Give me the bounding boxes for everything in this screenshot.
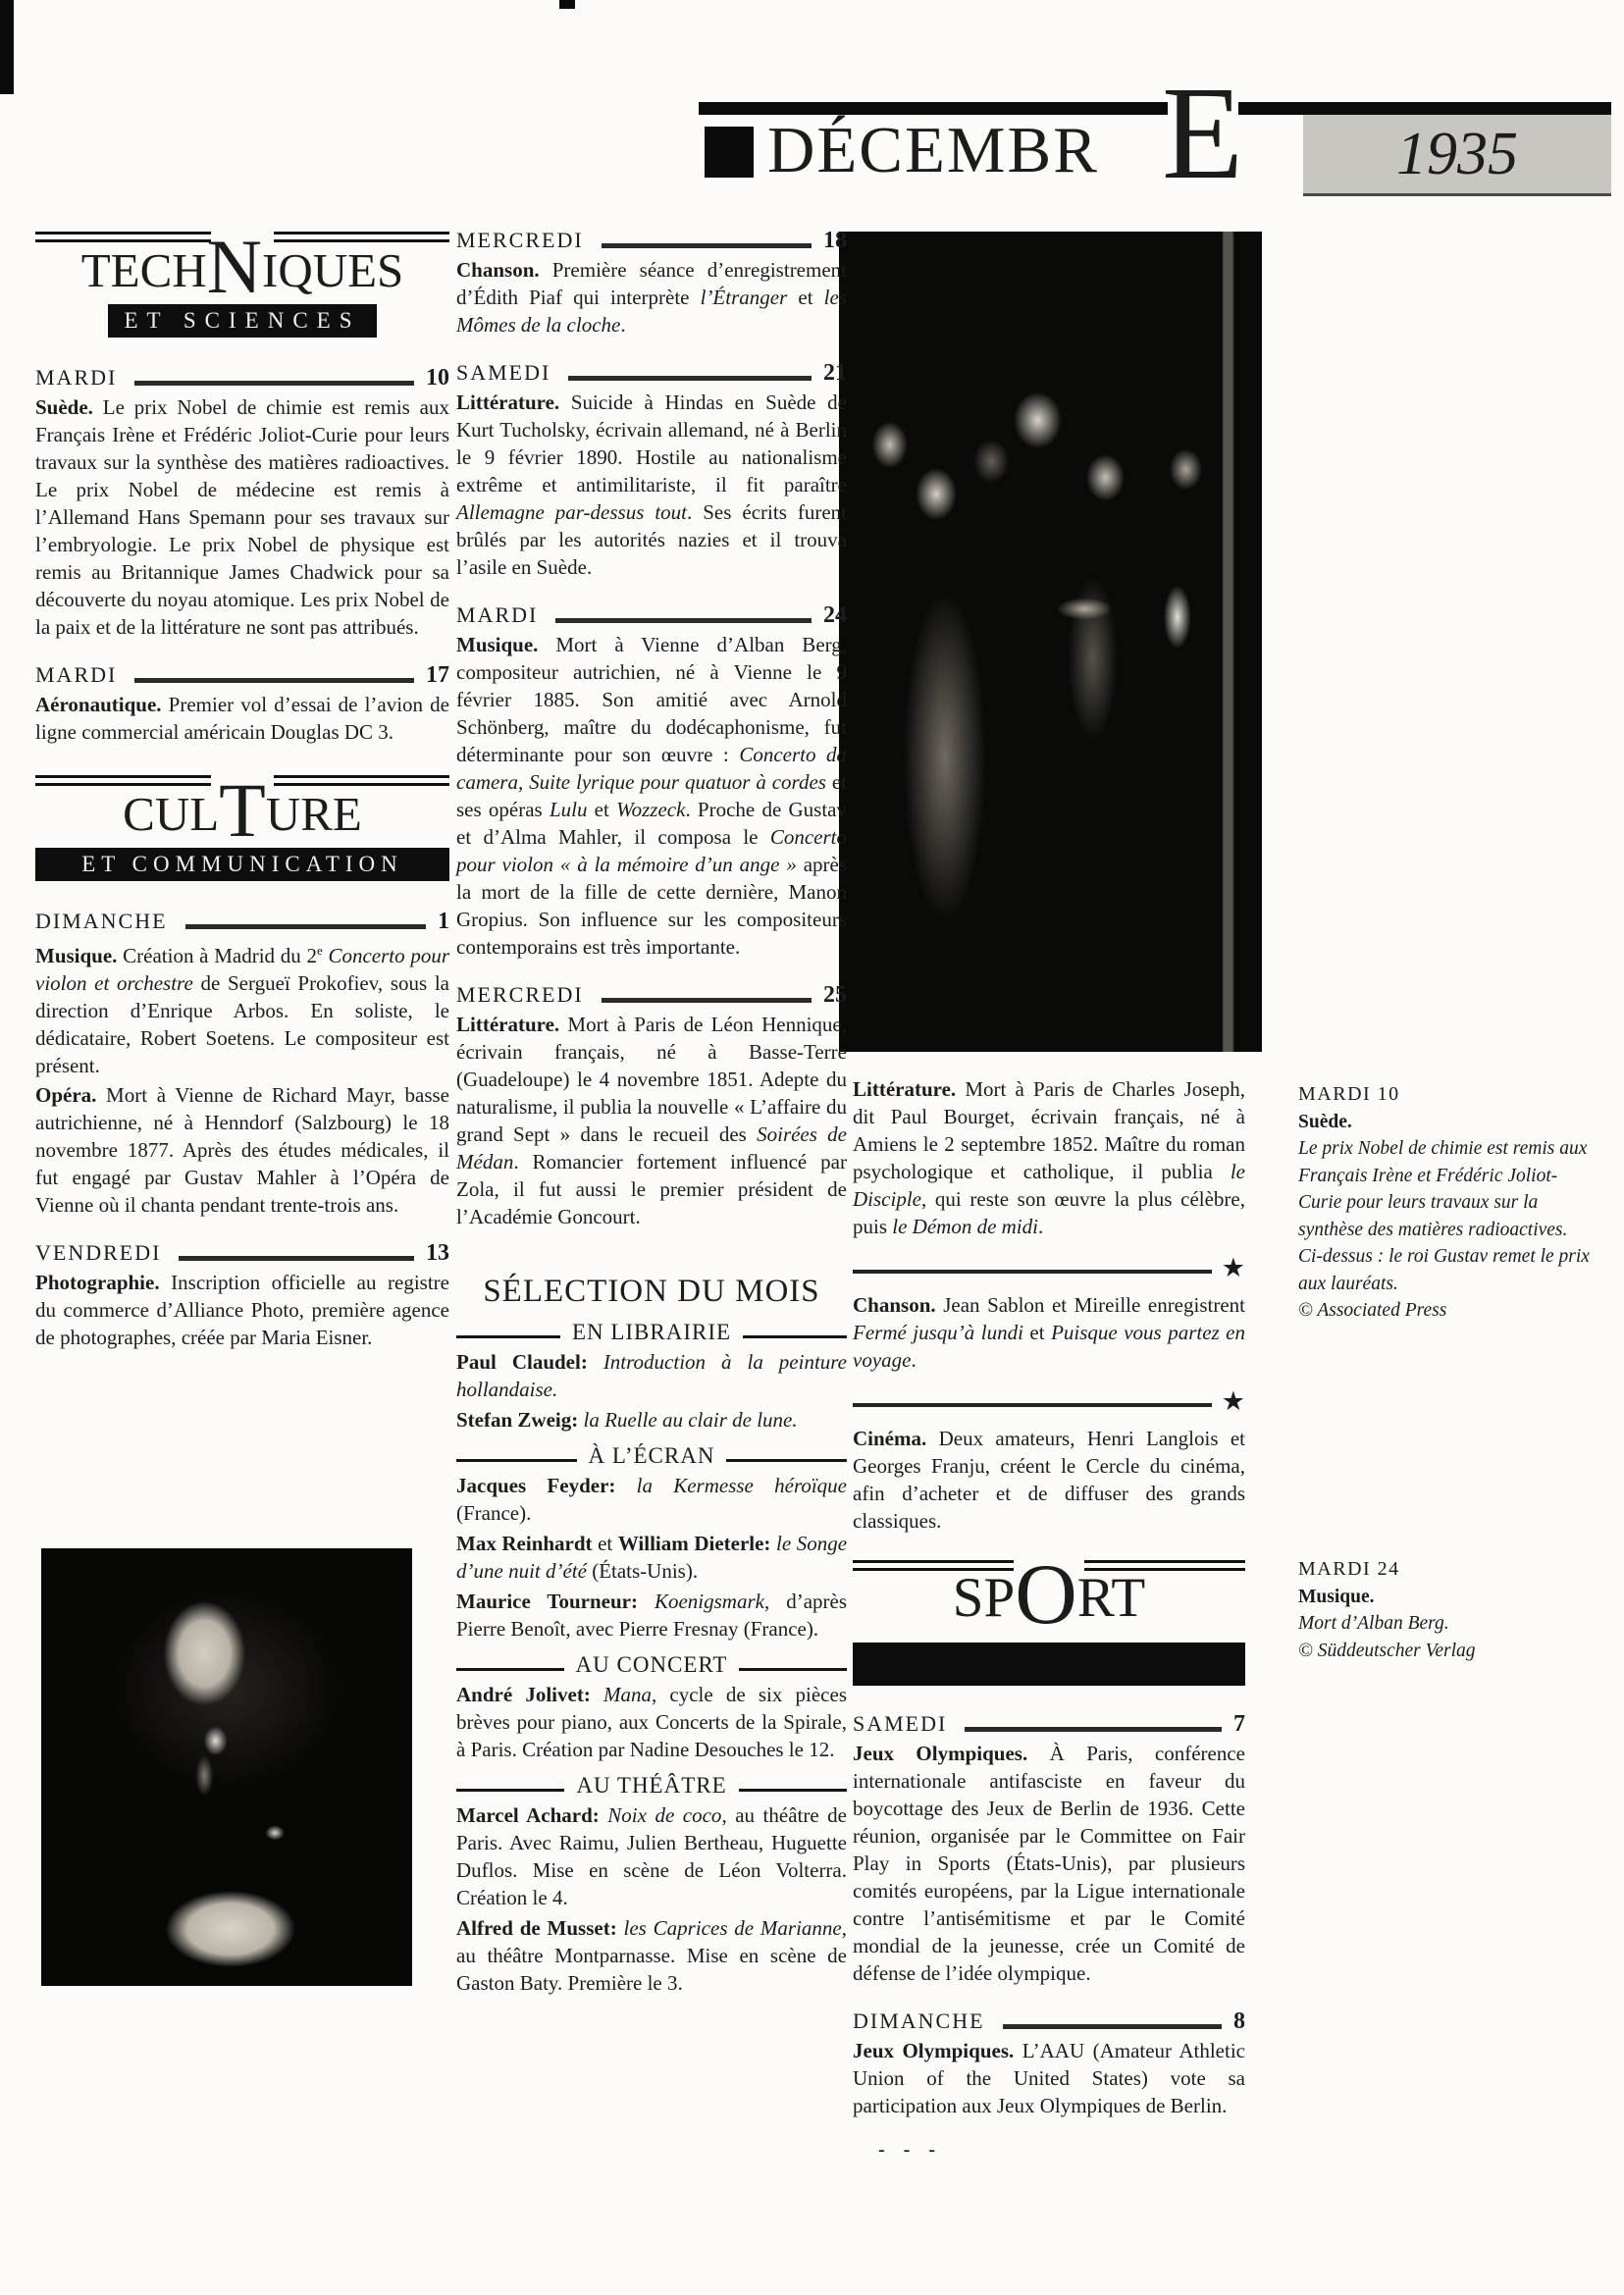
entry-number: 25 — [823, 982, 847, 1009]
entry-rule — [134, 678, 414, 683]
nobel-ceremony-photo — [839, 232, 1262, 1052]
entry-number: 1 — [438, 909, 449, 935]
entry-head: MERCREDI 25 — [456, 982, 847, 1009]
entry-text: Musique. Mort à Vienne d’Alban Berg, com… — [456, 631, 847, 961]
heading-label: À L’ÉCRAN — [577, 1443, 727, 1469]
heading-rule — [739, 1668, 847, 1671]
entry-vendredi-13: VENDREDI 13 Photographie. Inscription of… — [35, 1240, 449, 1351]
entry-rule — [134, 381, 414, 386]
year-label: 1935 — [1396, 120, 1518, 189]
photo-caption-berg: MARDI 24 Musique. Mort d’Alban Berg. © S… — [1298, 1556, 1595, 1664]
heading-rule — [456, 1335, 560, 1338]
entry-text: Musique. Création à Madrid du 2e Concert… — [35, 937, 449, 1079]
entry-rule — [602, 243, 812, 248]
group-heading: AU CONCERT — [456, 1652, 847, 1678]
caption-credit: © Süddeutscher Verlag — [1298, 1638, 1595, 1665]
title-part: RT — [1077, 1567, 1145, 1629]
sport-subtitle-bar — [853, 1643, 1245, 1686]
scan-corner-mark — [0, 0, 14, 94]
selection-group-theatre: AU THÉÂTRE Marcel Achard: Noix de coco, … — [456, 1773, 847, 1997]
group-heading: À L’ÉCRAN — [456, 1443, 847, 1469]
caption-day: MARDI 10 — [1298, 1081, 1595, 1109]
heading-label: AU CONCERT — [564, 1652, 740, 1678]
caption-note: Ci-dessus : le roi Gustav remet le prix … — [1298, 1243, 1595, 1297]
selection-group-ecran: À L’ÉCRAN Jacques Feyder: la Kermesse hé… — [456, 1443, 847, 1643]
title-part: CUL — [123, 787, 219, 841]
entry-day: MARDI — [456, 602, 538, 628]
culture-title: CULTURE — [35, 787, 449, 842]
title-big-letter: O — [1015, 1547, 1077, 1643]
entry-rule — [1003, 2024, 1222, 2029]
entry-head: SAMEDI 7 — [853, 1711, 1245, 1738]
heading-rule — [743, 1335, 847, 1338]
group-heading: AU THÉÂTRE — [456, 1773, 847, 1799]
entry-number: 7 — [1233, 1711, 1245, 1738]
entry-head: SAMEDI 21 — [456, 360, 847, 387]
end-dashes: - - - — [878, 2139, 1245, 2162]
rule-line — [853, 1270, 1212, 1274]
entry-mardi-17: MARDI 17 Aéronautique. Premier vol d’ess… — [35, 662, 449, 746]
entry-rule — [965, 1727, 1222, 1732]
star-icon: ★ — [1222, 1258, 1245, 1278]
selection-item: Jacques Feyder: la Kermesse héroïque (Fr… — [456, 1472, 847, 1527]
entry-number: 17 — [426, 662, 449, 689]
entry-head: DIMANCHE 8 — [853, 2008, 1245, 2035]
title-big-letter: N — [207, 224, 262, 309]
scan-top-tick — [559, 0, 575, 9]
selection-item: Stefan Zweig: la Ruelle au clair de lune… — [456, 1406, 847, 1434]
entry-mercredi-25: MERCREDI 25 Littérature. Mort à Paris de… — [456, 982, 847, 1230]
star-rule: ★ — [853, 1262, 1245, 1281]
selection-item: Maurice Tourneur: Koenigsmark, d’après P… — [456, 1588, 847, 1643]
title-part: TECH — [81, 243, 207, 297]
sport-masthead: SPORT — [853, 1560, 1245, 1690]
entry-rule — [568, 376, 812, 381]
entry-dimanche-1: DIMANCHE 1 Musique. Création à Madrid du… — [35, 909, 449, 1219]
caption-credit: © Associated Press — [1298, 1297, 1595, 1325]
selection-item: Paul Claudel: Introduction à la peinture… — [456, 1348, 847, 1403]
entry-text: Chanson. Première séance d’enregistremen… — [456, 256, 847, 339]
caption-day: MARDI 24 — [1298, 1556, 1595, 1584]
star-rule: ★ — [853, 1395, 1245, 1415]
entry-rule — [555, 618, 812, 623]
entry-day: MERCREDI — [456, 228, 584, 253]
selection-group-concert: AU CONCERT André Jolivet: Mana, cycle de… — [456, 1652, 847, 1763]
entry-text: Littérature. Mort à Paris de Léon Henniq… — [456, 1011, 847, 1230]
entry-text: Opéra. Mort à Vienne de Richard Mayr, ba… — [35, 1081, 449, 1219]
heading-label: AU THÉÂTRE — [564, 1773, 738, 1799]
entry-cinema-langlois: Cinéma. Deux amateurs, Henri Langlois et… — [853, 1425, 1245, 1535]
selection-group-librairie: EN LIBRAIRIE Paul Claudel: Introduction … — [456, 1320, 847, 1434]
techniques-masthead: TECHNIQUES ET SCIENCES — [35, 232, 449, 341]
entry-rule — [185, 924, 426, 929]
selection-item: Marcel Achard: Noix de coco, au théâtre … — [456, 1801, 847, 1911]
entry-head: MARDI 17 — [35, 662, 449, 689]
heading-rule — [456, 1459, 577, 1462]
heading-rule — [726, 1459, 847, 1462]
entry-mardi-10: MARDI 10 Suède. Le prix Nobel de chimie … — [35, 365, 449, 641]
entry-number: 21 — [823, 360, 847, 387]
rule-line — [853, 1403, 1212, 1407]
photo-caption-nobel: MARDI 10 Suède. Le prix Nobel de chimie … — [1298, 1081, 1595, 1325]
caption-topic: Suède. — [1298, 1109, 1595, 1136]
entry-head: MARDI 10 — [35, 365, 449, 391]
entry-head: MARDI 24 — [456, 602, 847, 629]
entry-day: SAMEDI — [853, 1711, 947, 1737]
group-heading: EN LIBRAIRIE — [456, 1320, 847, 1345]
month-title-big-letter: E — [1162, 81, 1243, 186]
heading-rule — [456, 1789, 564, 1792]
culture-masthead: CULTURE ET COMMUNICATION — [35, 775, 449, 885]
selection-item: André Jolivet: Mana, cycle de six pièces… — [456, 1681, 847, 1763]
entry-day: DIMANCHE — [35, 909, 168, 934]
entry-day: MERCREDI — [456, 982, 584, 1008]
star-icon: ★ — [1222, 1391, 1245, 1411]
culture-subtitle: ET COMMUNICATION — [35, 848, 449, 881]
entry-rule — [179, 1256, 414, 1261]
column-techniques-culture: TECHNIQUES ET SCIENCES MARDI 10 Suède. L… — [35, 232, 449, 1351]
selection-item: Max Reinhardt et William Dieterle: le So… — [456, 1530, 847, 1585]
sport-title: SPORT — [853, 1568, 1245, 1629]
magazine-page: DÉCEMBR E 1935 TECHNIQUES ET SCIENCES MA… — [0, 0, 1624, 2295]
entry-head: VENDREDI 13 — [35, 1240, 449, 1267]
column-right: Littérature. Mort à Paris de Charles Jos… — [853, 1075, 1245, 2162]
heading-rule — [456, 1668, 564, 1671]
entry-day: VENDREDI — [35, 1240, 161, 1266]
column-middle: MERCREDI 18 Chanson. Première séance d’e… — [456, 228, 847, 1997]
selection-title: SÉLECTION DU MOIS — [456, 1274, 847, 1310]
entry-head: DIMANCHE 1 — [35, 909, 449, 935]
heading-label: EN LIBRAIRIE — [560, 1320, 743, 1345]
caption-body: Mort d’Alban Berg. — [1298, 1610, 1595, 1638]
entry-dimanche-8: DIMANCHE 8 Jeux Olympiques. L’AAU (Amate… — [853, 2008, 1245, 2119]
title-part: IQUES — [262, 243, 403, 297]
title-part: SP — [953, 1567, 1015, 1629]
year-box: 1935 — [1303, 115, 1611, 196]
entry-samedi-21: SAMEDI 21 Littérature. Suicide à Hindas … — [456, 360, 847, 581]
month-bullet-square — [705, 127, 754, 178]
entry-day: DIMANCHE — [853, 2008, 985, 2034]
entry-mardi-24: MARDI 24 Musique. Mort à Vienne d’Alban … — [456, 602, 847, 961]
caption-topic: Musique. — [1298, 1584, 1595, 1611]
entry-rule — [602, 998, 812, 1003]
techniques-subtitle: ET SCIENCES — [108, 304, 377, 338]
entry-number: 8 — [1233, 2008, 1245, 2035]
entry-head: MERCREDI 18 — [456, 228, 847, 254]
entry-day: SAMEDI — [456, 360, 550, 386]
entry-text: Suède. Le prix Nobel de chimie est remis… — [35, 393, 449, 641]
entry-text: Littérature. Suicide à Hindas en Suède d… — [456, 389, 847, 581]
caption-body: Le prix Nobel de chimie est remis aux Fr… — [1298, 1135, 1595, 1243]
entry-day: MARDI — [35, 365, 117, 391]
entry-mercredi-18: MERCREDI 18 Chanson. Première séance d’e… — [456, 228, 847, 339]
title-big-letter: T — [219, 767, 266, 853]
entry-number: 13 — [426, 1240, 449, 1267]
header-rule-right — [1238, 102, 1611, 115]
entry-number: 18 — [823, 228, 847, 254]
entry-text: Photographie. Inscription officielle au … — [35, 1269, 449, 1351]
entry-samedi-7: SAMEDI 7 Jeux Olympiques. À Paris, confé… — [853, 1711, 1245, 1987]
techniques-title: TECHNIQUES — [35, 243, 449, 298]
entry-litterature-bourget: Littérature. Mort à Paris de Charles Jos… — [853, 1075, 1245, 1240]
selection-item: Alfred de Musset: les Caprices de Marian… — [456, 1914, 847, 1997]
title-part: URE — [266, 787, 362, 841]
entry-number: 10 — [426, 365, 449, 391]
heading-rule — [739, 1789, 847, 1792]
entry-number: 24 — [823, 602, 847, 629]
month-title: DÉCEMBR — [767, 116, 1099, 184]
paul-bourget-portrait-photo — [41, 1548, 412, 1986]
entry-text: Jeux Olympiques. À Paris, conférence int… — [853, 1740, 1245, 1987]
entry-text: Jeux Olympiques. L’AAU (Amateur Athletic… — [853, 2037, 1245, 2119]
entry-text: Aéronautique. Premier vol d’essai de l’a… — [35, 691, 449, 746]
entry-chanson-sablon: Chanson. Jean Sablon et Mireille enregis… — [853, 1291, 1245, 1374]
entry-day: MARDI — [35, 662, 117, 688]
